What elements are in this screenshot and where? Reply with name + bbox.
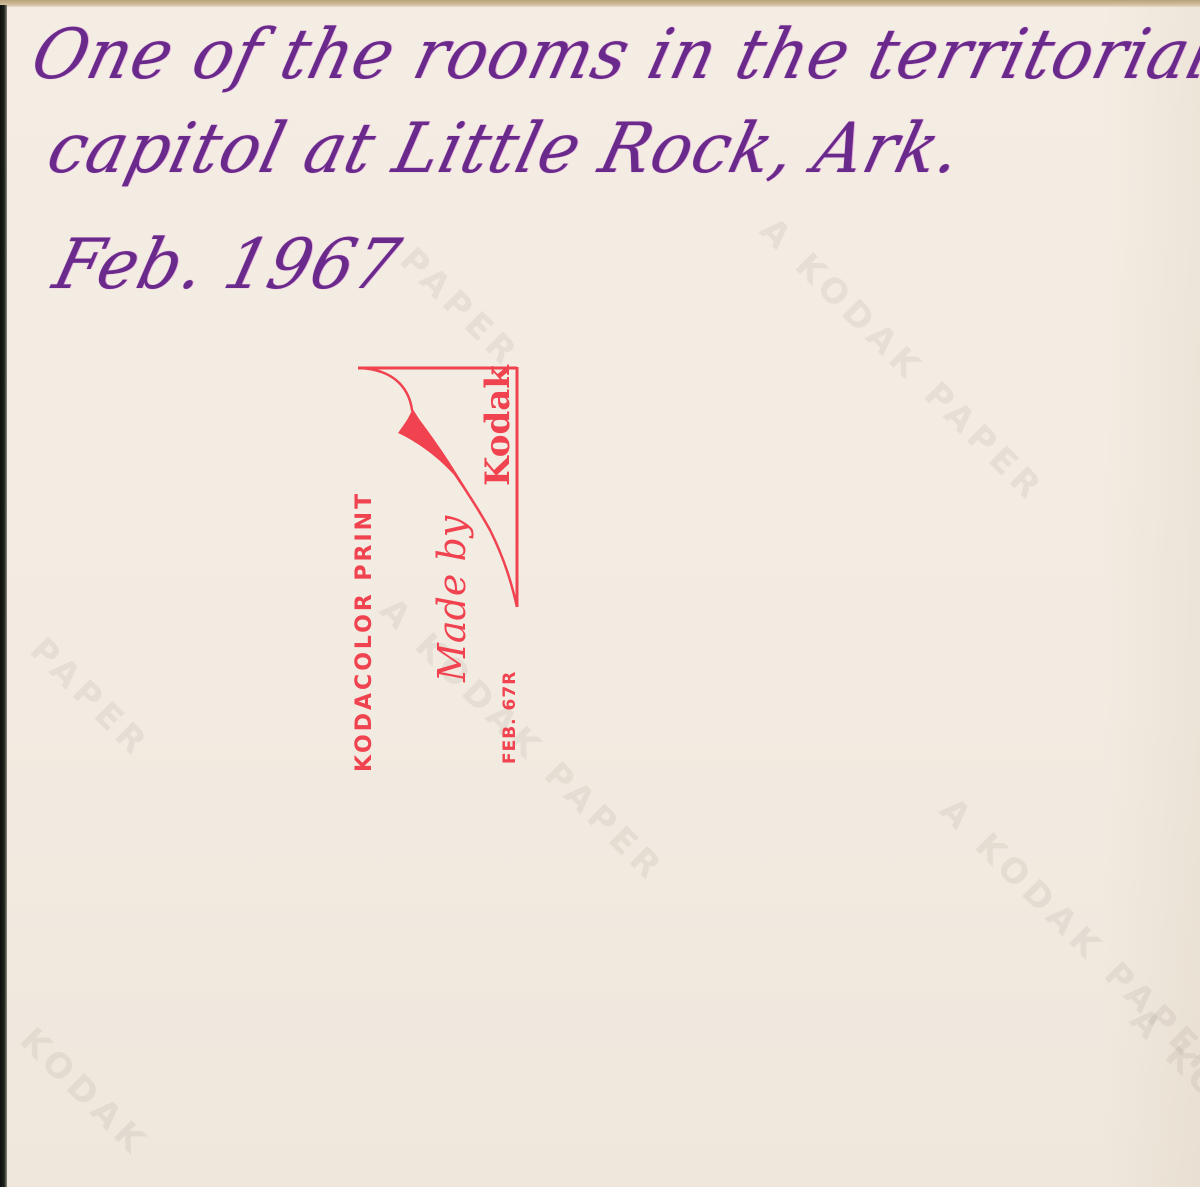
watermark: KODAK [12, 1020, 157, 1165]
kodacolor-print-label: KODACOLOR PRINT [352, 491, 377, 772]
made-by-label: Made by [430, 516, 474, 682]
watermark: A KODAK [1122, 1000, 1200, 1180]
photo-back: PAPER A KODAK PAPER A KODAK PAPER PAPER … [0, 0, 1200, 1187]
caption-line-1: One of the rooms in the territorial [24, 14, 1200, 95]
print-date-code: FEB. 67R [500, 671, 520, 764]
watermark: PAPER [22, 630, 158, 766]
caption-line-2: capitol at Little Rock, Ark. [40, 108, 971, 189]
kodak-brand-label: Kodak [478, 365, 518, 486]
caption-line-3: Feb. 1967 [46, 224, 409, 305]
watermark: A KODAK PAPER [932, 790, 1200, 1091]
handwritten-caption: One of the rooms in the territorial capi… [0, 0, 1200, 330]
